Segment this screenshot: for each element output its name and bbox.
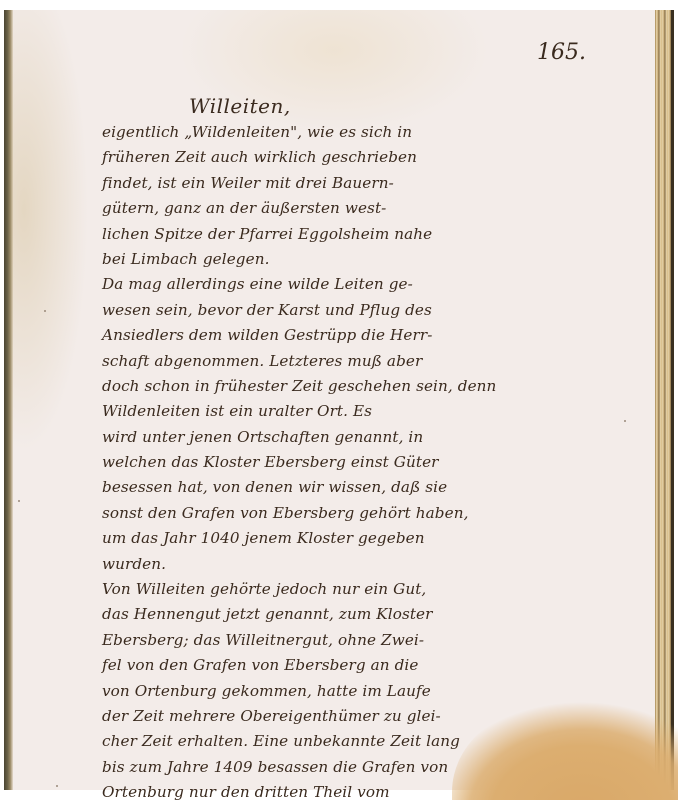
text-line: früheren Zeit auch wirklich geschrieben [102,145,582,170]
manuscript-page: 165. Willeiten, eigentlich „Wildenleiten… [4,10,674,790]
ink-speck [56,785,58,787]
ink-speck [624,420,626,422]
manuscript-text: eigentlich „Wildenleiten", wie es sich i… [102,120,582,800]
text-line: wird unter jenen Ortschaften genannt, in [102,425,582,450]
text-line: bis zum Jahre 1409 besassen die Grafen v… [102,755,582,780]
text-line: Ebersberg; das Willeitnergut, ohne Zwei- [102,628,582,653]
text-line: wurden. [102,552,582,577]
text-line: Ortenburg nur den dritten Theil vom [102,780,582,800]
text-line: gütern, ganz an der äußersten west- [102,196,582,221]
book-binding-edge [4,10,13,790]
text-line: der Zeit mehrere Obereigenthümer zu glei… [102,704,582,729]
text-line: cher Zeit erhalten. Eine unbekannte Zeit… [102,729,582,754]
text-line: welchen das Kloster Ebersberg einst Güte… [102,450,582,475]
text-line: lichen Spitze der Pfarrei Eggolsheim nah… [102,222,582,247]
text-line: Ansiedlers dem wilden Gestrüpp die Herr- [102,323,582,348]
text-line: findet, ist ein Weiler mit drei Bauern- [102,171,582,196]
text-line: von Ortenburg gekommen, hatte im Laufe [102,679,582,704]
text-line: schaft abgenommen. Letzteres muß aber [102,349,582,374]
text-line: besessen hat, von denen wir wissen, daß … [102,475,582,500]
text-line: wesen sein, bevor der Karst und Pflug de… [102,298,582,323]
text-line: Da mag allerdings eine wilde Leiten ge- [102,272,582,297]
ink-speck [44,310,46,312]
page-number: 165. [537,40,586,65]
text-line: das Hennengut jetzt genannt, zum Kloster [102,602,582,627]
ink-speck [18,500,20,502]
text-line: Von Willeiten gehörte jedoch nur ein Gut… [102,577,582,602]
text-line: Wildenleiten ist ein uralter Ort. Es [102,399,582,424]
page-edge-shadow [671,10,674,790]
text-line: sonst den Grafen von Ebersberg gehört ha… [102,501,582,526]
text-line: fel von den Grafen von Ebersberg an die [102,653,582,678]
text-line: eigentlich „Wildenleiten", wie es sich i… [102,120,582,145]
text-line: doch schon in frühester Zeit geschehen s… [102,374,582,399]
text-line: um das Jahr 1040 jenem Kloster gegeben [102,526,582,551]
text-line: bei Limbach gelegen. [102,247,582,272]
section-title: Willeiten, [189,94,291,118]
